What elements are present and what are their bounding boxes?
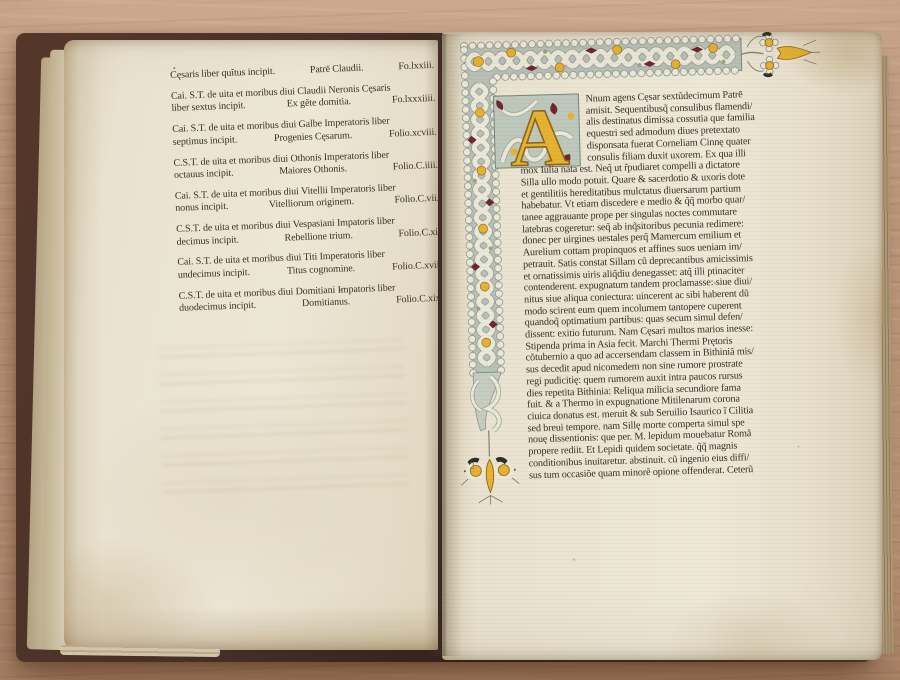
main-text: Nnum agens Cęsar sextũdecimum Patrēamisi…: [518, 87, 821, 481]
show-through-text: [157, 328, 408, 494]
continuation-lines: mox Iulia nata est. Neq̃ ut r̃pudiaret c…: [520, 158, 821, 482]
toc-entry-incipit: septimus incipit.: [173, 134, 238, 149]
toc-entry-folio: Folio.C.iiii.: [393, 160, 439, 174]
toc-entry-chapter: Domitianus.: [302, 296, 351, 310]
toc-entry-incipit: Cęsaris liber quĩtus incipit.: [170, 66, 275, 82]
right-page-content: A 2 Nnum agens Cęsar sextũdecimum Patrēa…: [441, 22, 888, 654]
opening-lines: Nnum agens Cęsar sextũdecimum Patrēamisi…: [518, 87, 812, 165]
toc-entry: Cęsaris liber quĩtus incipit. Patrē Clau…: [170, 60, 434, 83]
toc-entry-chapter: Rebellione trium.: [284, 230, 353, 245]
toc-entry-folio: Folio.C.xix.: [396, 293, 443, 307]
quire-mark: 2: [470, 461, 475, 472]
toc-entry-chapter: Titus cognomine.: [287, 263, 355, 278]
toc-entry-incipit: octauus incipit.: [174, 168, 234, 183]
toc-entry-chapter: Vitelliorum originem.: [269, 196, 354, 212]
toc-entry: Cai. S.T. de uita et moribus diui Claudi…: [171, 81, 436, 116]
border-terminal-bottom: [458, 372, 520, 506]
toc-entry-incipit: undecimus incipit.: [178, 267, 251, 282]
toc-entry-folio: Folio.C.xi.: [398, 226, 440, 240]
toc-entry-chapter: Patrē Claudii.: [310, 63, 364, 77]
left-page: Cęsaris liber quĩtus incipit. Patrē Clau…: [64, 40, 438, 650]
toc-entry-folio: Folio.C.vii.: [394, 193, 439, 207]
table-of-contents: Cęsaris liber quĩtus incipit. Patrē Clau…: [170, 60, 444, 324]
toc-entry-incipit: decimus incipit.: [176, 234, 239, 249]
toc-entry: Cai. S.T. de uita et moribus diui Vitell…: [175, 181, 440, 216]
toc-entry: C.S.T. de uita et moribus diui Othonis I…: [173, 147, 438, 182]
toc-entry-folio: Folio.C.xvii.: [392, 260, 442, 274]
toc-entry-chapter: Progenies Cęsarum.: [274, 130, 353, 145]
toc-entry-folio: Fo.lxxxiiii.: [392, 93, 436, 107]
toc-entry-chapter: Ex gẽte domitia.: [287, 96, 352, 111]
toc-entry: Cai. S.T. de uita et moribus diui Galbe …: [172, 114, 437, 149]
toc-entry-chapter: Maiores Othonis.: [279, 163, 347, 178]
border-flourish-right: [741, 30, 821, 77]
toc-entry: C.S.T. de uita et moribus diui Domitiani…: [178, 280, 443, 315]
toc-entry-folio: Fo.lxxiii.: [398, 60, 434, 74]
toc-entry: C.S.T. de uita et moribus diui Vespasian…: [176, 214, 441, 249]
toc-entry-folio: Folio.xcviii.: [389, 126, 437, 140]
right-page: A 2 Nnum agens Cęsar sextũdecimum Patrēa…: [442, 32, 882, 660]
toc-entry-incipit: duodecimus incipit.: [179, 300, 256, 315]
toc-entry-incipit: nonus incipit.: [175, 201, 228, 215]
toc-entry: Cai. S.T. de uita et moribus diui Titi I…: [177, 247, 442, 282]
photo-scene: Cęsaris liber quĩtus incipit. Patrē Clau…: [0, 0, 900, 680]
toc-entry-incipit: liber sextus incipit.: [171, 100, 246, 115]
